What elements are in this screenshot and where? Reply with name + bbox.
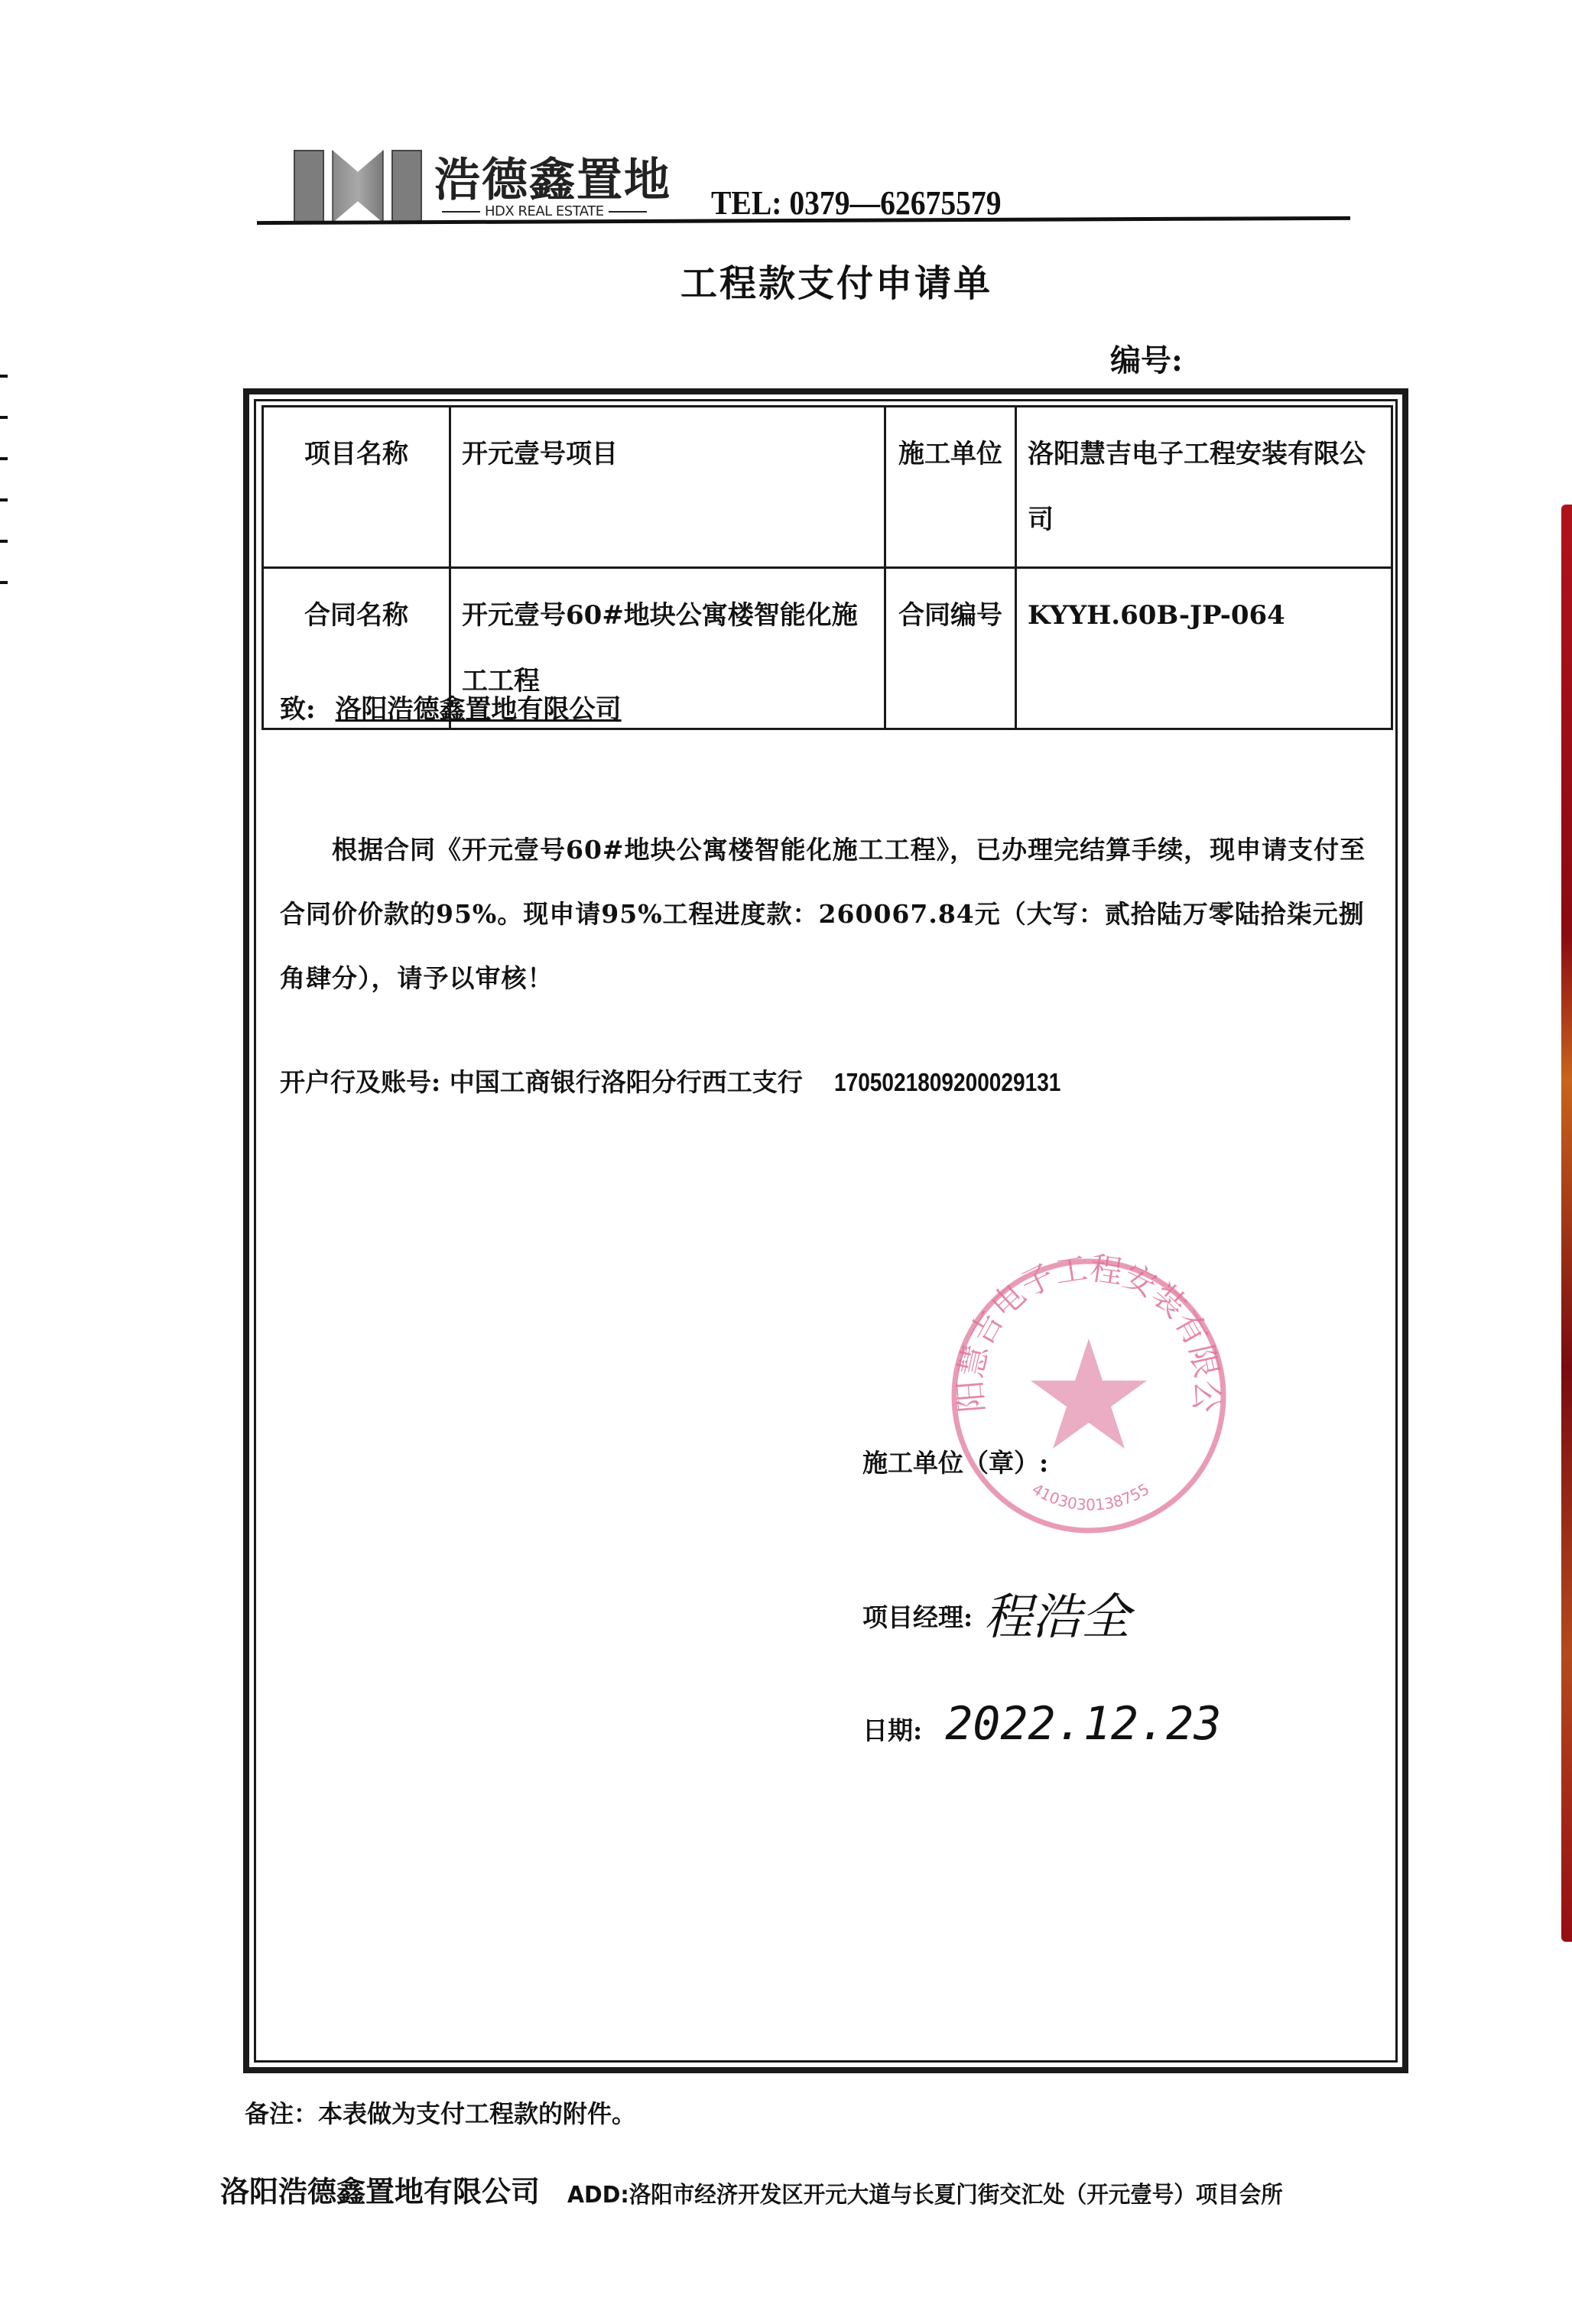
contractor-seal-label: 施工单位（章）: <box>862 1448 1048 1478</box>
star-icon <box>1031 1339 1147 1449</box>
seal-code-text: 4103030138755 <box>1029 1480 1153 1514</box>
serial-number: 编号: <box>1110 336 1183 380</box>
manager-label: 项目经理: <box>862 1602 973 1632</box>
date-value: 2022.12.23 <box>945 1697 1221 1751</box>
table-row: 项目名称 开元壹号项目 施工单位 洛阳慧吉电子工程安装有限公司 <box>263 407 1392 568</box>
value-contractor: 洛阳慧吉电子工程安装有限公司 <box>1016 407 1392 568</box>
bank-account: 1705021809200029131 <box>834 1068 1060 1097</box>
scan-edge <box>1561 505 1572 1942</box>
bank-label: 开户行及账号: <box>280 1067 440 1097</box>
info-table: 项目名称 开元壹号项目 施工单位 洛阳慧吉电子工程安装有限公司 合同名称 开元壹… <box>261 405 1393 730</box>
bank-info: 开户行及账号: 中国工商银行洛阳分行西工支行 17050218092000291… <box>280 1063 1101 1099</box>
addressee: 致:洛阳浩德鑫置地有限公司 <box>280 688 622 725</box>
bank-name: 中国工商银行洛阳分行西工支行 <box>450 1067 803 1097</box>
document-title: 工程款支付申请单 <box>680 254 992 307</box>
brand-subtitle: HDX REAL ESTATE <box>437 203 651 219</box>
contractor-seal-line: 施工单位（章）: <box>862 1443 1048 1479</box>
telephone: TEL: 0379—62675579 <box>711 183 1002 222</box>
manager-signature: 程浩全 <box>983 1589 1130 1646</box>
manager-line: 项目经理:程浩全 <box>862 1570 1130 1641</box>
company-seal: 洛阳慧吉电子工程安装有限公司 4103030138755 <box>944 1251 1234 1541</box>
hdx-logo-icon <box>294 150 422 223</box>
addressee-label: 致: <box>280 694 316 725</box>
date-line: 日期:2022.12.23 <box>862 1697 1221 1751</box>
remark: 备注：本表做为支付工程款的附件。 <box>245 2095 636 2130</box>
serial-label: 编号: <box>1110 342 1183 378</box>
label-contract-number: 合同编号 <box>885 568 1016 729</box>
footer-address: ADD:洛阳市经济开发区开元大道与长夏门街交汇处（开元壹号）项目会所 <box>567 2176 1283 2209</box>
scan-edge-marks <box>0 336 9 1162</box>
label-project-name: 项目名称 <box>263 407 450 568</box>
brand-name: 浩德鑫置地 <box>434 144 671 209</box>
request-paragraph: 根据合同《开元壹号60#地块公寓楼智能化施工工程》，已办理完结算手续，现申请支付… <box>280 818 1388 1011</box>
date-label: 日期: <box>862 1715 922 1745</box>
footer-company: 洛阳浩德鑫置地有限公司 <box>220 2168 540 2210</box>
addressee-name: 洛阳浩德鑫置地有限公司 <box>336 694 622 725</box>
value-contract-number: KYYH.60B-JP-064 <box>1016 568 1392 729</box>
value-project-name: 开元壹号项目 <box>450 407 885 568</box>
label-contractor: 施工单位 <box>885 407 1016 568</box>
